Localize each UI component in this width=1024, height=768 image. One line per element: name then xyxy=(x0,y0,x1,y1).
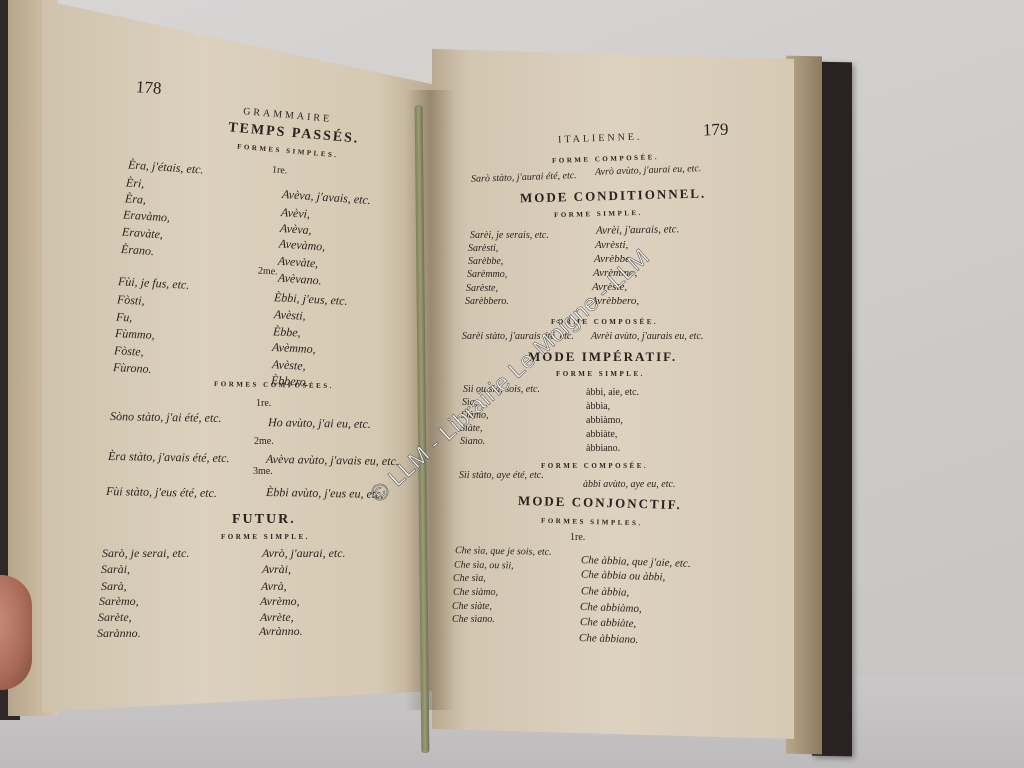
verb-line: Sarài, xyxy=(101,562,130,577)
verb-line: Sarèste, xyxy=(466,283,498,294)
verb-line: Avèvi, xyxy=(281,205,311,222)
verb-line: Sarèbbero. xyxy=(465,296,509,307)
verb-line: Sìi stàto, aye été, etc. xyxy=(459,470,544,481)
page-number-right: 179 xyxy=(703,120,729,141)
verb-line: Avrèi, j'aurais, etc. xyxy=(596,223,680,236)
verb-line: àbbiano. xyxy=(586,443,620,454)
verb-line: Sarèi, je serais, etc. xyxy=(470,230,549,241)
ordinal: 3me. xyxy=(253,466,273,477)
verb-line: Sìano. xyxy=(460,436,485,447)
verb-line: Eravàte, xyxy=(122,225,164,243)
ordinal: 2me. xyxy=(254,436,274,447)
verb-line: Avèsti, xyxy=(274,307,306,324)
verb-line: abbiàmo, xyxy=(586,415,623,426)
verb-line: Fòste, xyxy=(114,343,144,360)
verb-line: Fùmmo, xyxy=(115,326,155,343)
verb-line: Avevàte, xyxy=(278,254,319,272)
section-title-futur: FUTUR. xyxy=(232,512,296,528)
verb-line: abbiàte, xyxy=(586,429,617,440)
verb-line: Avrò, j'aurai, etc. xyxy=(262,546,346,561)
verb-line: Che sìa, ou sìi, xyxy=(454,559,514,571)
verb-line: Sarà, xyxy=(101,579,127,594)
verb-line: Èra stàto, j'avais été, etc. xyxy=(108,449,230,466)
verb-line: àbbia, xyxy=(586,401,610,412)
verb-line: Sarète, xyxy=(98,610,132,625)
verb-line: Sarànno. xyxy=(97,626,141,641)
ordinal: 1re. xyxy=(272,164,288,176)
verb-line: Eravàmo, xyxy=(123,207,171,225)
verb-line: Èri, xyxy=(125,175,144,191)
ordinal: 1re. xyxy=(256,398,271,409)
verb-line: Che sìa, que je sois, etc. xyxy=(455,545,552,558)
verb-line: Sarèbbe, xyxy=(468,256,503,267)
verb-line: Avrài, xyxy=(262,562,291,577)
gutter-shadow xyxy=(405,90,455,710)
verb-line: Avrète, xyxy=(260,610,294,625)
verb-line: Èbbe, xyxy=(273,324,301,340)
verb-line: Che sìa, xyxy=(453,573,486,584)
verb-line: Sarèmo, xyxy=(99,594,139,609)
verb-line: Che sìano. xyxy=(452,614,495,625)
verb-line: Avrèi avùto, j'aurais eu, etc. xyxy=(591,331,703,342)
verb-line: Avrèsti, xyxy=(595,239,628,251)
verb-line: Ho avùto, j'ai eu, etc. xyxy=(268,415,371,432)
verb-line: Che àbbiano. xyxy=(579,632,639,646)
verb-line: Èrano. xyxy=(121,242,155,259)
verb-line: Che siàmo, xyxy=(453,587,498,598)
verb-line: Fòsti, xyxy=(117,292,145,308)
verb-line: Avèste, xyxy=(272,357,306,374)
verb-line: Sòno stàto, j'ai été, etc. xyxy=(110,409,222,426)
subsection-forme-simple: FORME SIMPLE. xyxy=(221,533,310,541)
verb-line: Fùrono. xyxy=(113,360,152,377)
verb-line: Avrà, xyxy=(261,579,287,594)
finger xyxy=(0,575,32,690)
ordinal: 1re. xyxy=(570,532,585,543)
verb-line: Avrànno. xyxy=(259,624,303,639)
verb-line: Che siàte, xyxy=(452,601,492,612)
verb-line: Sarèsti, xyxy=(468,243,498,254)
subsection-forme-composee: FORME COMPOSÉE. xyxy=(541,462,648,470)
verb-line: Avèvano. xyxy=(278,270,323,288)
verb-line: Che abbiàmo, xyxy=(580,601,642,615)
verb-line: Sarèmmo, xyxy=(467,269,507,280)
verb-line: Avèva avùto, j'avais eu, etc. xyxy=(266,452,399,469)
verb-line: àbbi, aie, etc. xyxy=(586,387,639,398)
verb-line: Avèva, xyxy=(280,221,313,238)
verb-line: Èra, xyxy=(125,191,147,207)
verb-line: Avèmmo, xyxy=(272,340,316,357)
verb-line: Sarò, je serai, etc. xyxy=(102,546,189,561)
page-number-left: 178 xyxy=(135,77,162,99)
verb-line: Che abbiàte, xyxy=(580,616,637,630)
verb-line: àbbi avùto, aye eu, etc. xyxy=(583,479,675,490)
subsection-forme-simple: FORME SIMPLE. xyxy=(556,370,645,378)
verb-line: Che àbbia, xyxy=(581,585,630,599)
verb-line: Avrèmo, xyxy=(260,594,300,609)
verb-line: Fùi stàto, j'eus été, etc. xyxy=(106,484,217,501)
verb-line: Fu, xyxy=(116,310,133,326)
ordinal: 2me. xyxy=(258,265,278,277)
verb-line: Avevàmo, xyxy=(279,236,326,254)
